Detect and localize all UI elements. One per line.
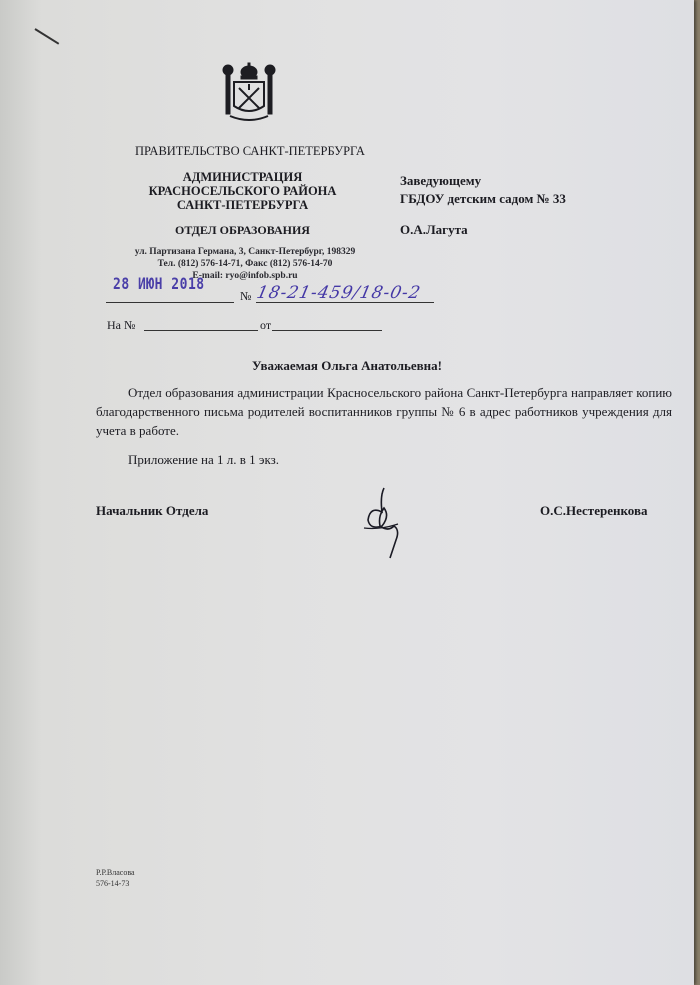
spb-coat-of-arms-icon [220,62,278,124]
administration-line: САНКТ-ПЕТЕРБУРГА [140,198,345,212]
administration-name: АДМИНИСТРАЦИЯ КРАСНОСЕЛЬСКОГО РАЙОНА САН… [140,170,345,212]
pen-mark [34,28,59,45]
addressee-position: Заведующему [400,172,566,190]
administration-line: КРАСНОСЕЛЬСКОГО РАЙОНА [140,184,345,198]
reference-from-label: от [260,318,271,333]
number-underline [256,302,434,303]
signatory-title: Начальник Отдела [96,503,208,519]
department-name: ОТДЕЛ ОБРАЗОВАНИЯ [140,223,345,238]
number-label: № [240,289,251,304]
date-stamp: 28 ИЮН 2018 [113,275,205,294]
addressee-block: Заведующему ГБДОУ детским садом № 33 [400,172,566,208]
executor-name: Р.Р.Власова [96,867,135,878]
phone-fax-line: Тел. (812) 576-14-71, Факс (812) 576-14-… [120,258,370,270]
attachment-note: Приложение на 1 л. в 1 экз. [128,452,279,468]
addressee-name: О.А.Лагута [400,222,468,238]
registration-number: 18-21-459/18-0-2 [255,283,423,303]
handwritten-signature [360,486,410,560]
executor-info: Р.Р.Власова 576-14-73 [96,867,135,889]
reference-date-line [272,330,382,331]
executor-phone: 576-14-73 [96,878,135,889]
address-line: ул. Партизана Германа, 3, Санкт-Петербур… [120,246,370,258]
government-name: ПРАВИТЕЛЬСТВО САНКТ-ПЕТЕРБУРГА [130,144,370,159]
letter-body: Отдел образования администрации Красносе… [96,383,672,440]
administration-line: АДМИНИСТРАЦИЯ [140,170,345,184]
greeting: Уважаемая Ольга Анатольевна! [0,358,694,374]
reference-number-line [144,330,258,331]
date-underline [106,302,234,303]
reference-number-label: На № [107,318,135,333]
addressee-organization: ГБДОУ детским садом № 33 [400,190,566,208]
signatory-name: О.С.Нестеренкова [540,503,647,519]
letter-page: ПРАВИТЕЛЬСТВО САНКТ-ПЕТЕРБУРГА АДМИНИСТР… [0,0,694,985]
